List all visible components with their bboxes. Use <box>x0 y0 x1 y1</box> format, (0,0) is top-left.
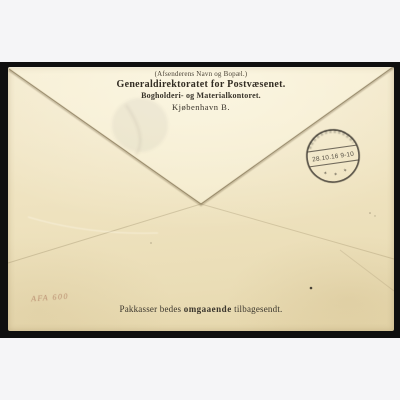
printed-sender-block: (Afsenderens Navn og Bopæl.) Generaldire… <box>8 70 394 112</box>
postmark: 28.10.16 9-10 ✶ ✶ ✶ <box>303 126 364 187</box>
top-margin-strip <box>0 0 400 62</box>
sender-caption: (Afsenderens Navn og Bopæl.) <box>8 70 394 78</box>
right-flap-crease <box>201 204 394 259</box>
return-notice-suffix: tilbagesendt. <box>232 304 283 314</box>
paper-speck <box>374 215 375 216</box>
sender-name: Generaldirektoratet for Postvæsenet. <box>8 79 394 90</box>
return-notice-emphasis: omgaaende <box>184 304 232 314</box>
sender-city: Kjøbenhavn B. <box>8 102 394 112</box>
sender-department: Bogholderi- og Materialkontoret. <box>8 91 394 100</box>
paper-speck <box>369 212 371 214</box>
postmark-star-icon: ✶ <box>333 172 338 179</box>
postmark-arc-town-text <box>307 128 354 148</box>
printed-return-notice: Pakkasser bedes omgaaende tilbagesendt. <box>8 304 394 314</box>
paper-speck <box>150 242 152 244</box>
left-flap-crease <box>8 204 201 263</box>
ink-speck <box>310 287 313 290</box>
envelope: 28.10.16 9-10 ✶ ✶ ✶ (Afsenderens Navn og… <box>8 67 394 331</box>
return-notice-prefix: Pakkasser bedes <box>120 304 184 314</box>
wrinkle-line <box>340 250 394 291</box>
photo-of-envelope-back: 28.10.16 9-10 ✶ ✶ ✶ (Afsenderens Navn og… <box>0 0 400 400</box>
black-backdrop: 28.10.16 9-10 ✶ ✶ ✶ (Afsenderens Navn og… <box>0 62 400 338</box>
bottom-margin-strip <box>0 338 400 400</box>
wrinkle-highlight <box>28 217 158 233</box>
postmark-star-icon: ✶ <box>323 170 328 177</box>
postmark-star-icon: ✶ <box>343 168 348 175</box>
